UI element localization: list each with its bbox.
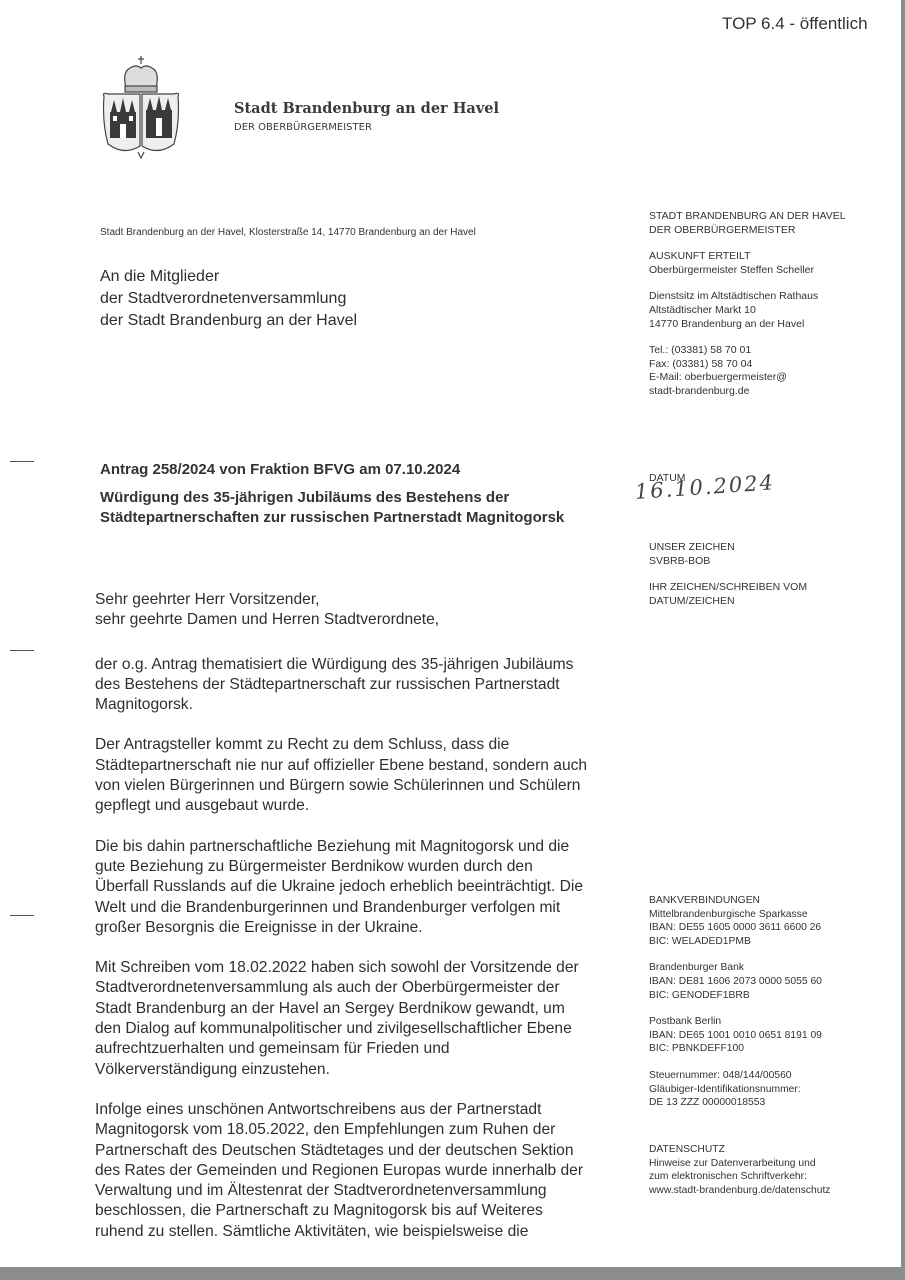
- sidebar-header-line: DER OBERBÜRGERMEISTER: [649, 224, 889, 238]
- paragraph-line: Stadtverordnetenversammlung als auch der…: [95, 978, 635, 998]
- agenda-item-label: TOP 6.4 - öffentlich: [722, 14, 868, 34]
- email-line: stadt-brandenburg.de: [649, 385, 889, 399]
- punch-mark: [10, 650, 34, 651]
- paragraph-line: den Dialog auf kommunalpolitischer und z…: [95, 1019, 635, 1039]
- auskunft-value: Oberbürgermeister Steffen Scheller: [649, 264, 889, 278]
- bank-bic: BIC: GENODEF1BRB: [649, 989, 889, 1003]
- paragraph-line: Städtepartnerschaft nie nur auf offiziel…: [95, 756, 635, 776]
- recipient-line: der Stadt Brandenburg an der Havel: [100, 310, 357, 332]
- paragraph-line: Partnerschaft des Deutschen Städtetages …: [95, 1141, 635, 1161]
- sidebar-reference-block: UNSER ZEICHEN SVBRB-BOB IHR ZEICHEN/SCHR…: [649, 541, 889, 621]
- paragraph-line: gute Beziehung zu Bürgermeister Berdniko…: [95, 857, 635, 877]
- address-line: Altstädtischer Markt 10: [649, 304, 889, 318]
- paragraph-line: von vielen Bürgerinnen und Bürgern sowie…: [95, 776, 635, 796]
- paragraph-line: Der Antragsteller kommt zu Recht zu dem …: [95, 735, 635, 755]
- sidebar-contact: Tel.: (03381) 58 70 01 Fax: (03381) 58 7…: [649, 344, 889, 398]
- auskunft-label: AUSKUNFT ERTEILT: [649, 250, 889, 264]
- unser-zeichen-label: UNSER ZEICHEN: [649, 541, 889, 555]
- paragraph-line: Völkerverständigung einzustehen.: [95, 1060, 635, 1080]
- paragraph-line: Die bis dahin partnerschaftliche Beziehu…: [95, 837, 635, 857]
- paragraph-line: beschlossen, die Partnerschaft zu Magnit…: [95, 1201, 635, 1221]
- subject-block: Antrag 258/2024 von Fraktion BFVG am 07.…: [100, 460, 564, 528]
- sidebar-datenschutz: DATENSCHUTZ Hinweise zur Datenverarbeitu…: [649, 1143, 889, 1197]
- sidebar-header: STADT BRANDENBURG AN DER HAVEL DER OBERB…: [649, 210, 889, 237]
- bank-bic: BIC: PBNKDEFF100: [649, 1042, 889, 1056]
- organization-name: Stadt Brandenburg an der Havel: [234, 100, 499, 117]
- salutation-line: sehr geehrte Damen und Herren Stadtveror…: [95, 610, 635, 630]
- paragraph-line: aufrechtzuerhalten und gemeinsam für Fri…: [95, 1039, 635, 1059]
- paragraph-line: gepflegt und ausgebaut wurde.: [95, 796, 635, 816]
- datenschutz-text: zum elektronischen Schriftverkehr:: [649, 1170, 889, 1184]
- ihr-zeichen-value: DATUM/ZEICHEN: [649, 595, 889, 609]
- sender-address-line: Stadt Brandenburg an der Havel, Klosters…: [100, 227, 476, 238]
- datenschutz-text: Hinweise zur Datenverarbeitung und: [649, 1157, 889, 1171]
- sidebar-auskunft: AUSKUNFT ERTEILT Oberbürgermeister Steff…: [649, 250, 889, 277]
- paragraph-line: Verwaltung und im Ältestenrat der Stadtv…: [95, 1181, 635, 1201]
- address-line: 14770 Brandenburg an der Havel: [649, 318, 889, 332]
- paragraph-line: des Rates der Gemeinden und Regionen Eur…: [95, 1161, 635, 1181]
- datum-handwritten: 16.10.2024: [635, 476, 776, 499]
- fold-mark: [10, 461, 34, 462]
- paragraph-line: Magnitogorsk vom 18.05.2022, den Empfehl…: [95, 1120, 635, 1140]
- paragraph-line: Welt und die Brandenburgerinnen und Bran…: [95, 898, 635, 918]
- bank-sparkasse: BANKVERBINDUNGEN Mittelbrandenburgische …: [649, 894, 889, 948]
- recipient-line: An die Mitglieder: [100, 266, 357, 288]
- paragraph-line: Mit Schreiben vom 18.02.2022 haben sich …: [95, 958, 635, 978]
- salutation-line: Sehr geehrter Herr Vorsitzender,: [95, 590, 635, 610]
- paragraph-line: ruhend zu stellen. Sämtliche Aktivitäten…: [95, 1222, 635, 1242]
- bank-brandenburger: Brandenburger Bank IBAN: DE81 1606 2073 …: [649, 961, 889, 1002]
- bank-iban: IBAN: DE55 1605 0000 3611 6600 26: [649, 921, 889, 935]
- bank-iban: IBAN: DE81 1606 2073 0000 5055 60: [649, 975, 889, 989]
- ihr-zeichen-label: IHR ZEICHEN/SCHREIBEN VOM: [649, 581, 889, 595]
- bank-name: Postbank Berlin: [649, 1015, 889, 1029]
- creditor-id-value: DE 13 ZZZ 00000018553: [649, 1096, 889, 1110]
- recipient-address: An die Mitglieder der Stadtverordnetenve…: [100, 266, 357, 332]
- fold-mark: [10, 915, 34, 916]
- bank-name: Brandenburger Bank: [649, 961, 889, 975]
- ihr-zeichen: IHR ZEICHEN/SCHREIBEN VOM DATUM/ZEICHEN: [649, 581, 889, 608]
- sidebar-bank-info: BANKVERBINDUNGEN Mittelbrandenburgische …: [649, 894, 889, 1123]
- phone: Tel.: (03381) 58 70 01: [649, 344, 889, 358]
- paragraph-line: großer Besorgnis die Ereignisse in der U…: [95, 918, 635, 938]
- bank-name: Mittelbrandenburgische Sparkasse: [649, 908, 889, 922]
- sidebar-date-block: DATUM 16.10.2024: [649, 472, 889, 503]
- address-line: Dienstsitz im Altstädtischen Rathaus: [649, 290, 889, 304]
- subject-title: Würdigung des 35-jährigen Jubiläums des …: [100, 488, 564, 528]
- recipient-line: der Stadtverordnetenversammlung: [100, 288, 357, 310]
- email-line: E-Mail: oberbuergermeister@: [649, 371, 889, 385]
- paragraph-line: Magnitogorsk.: [95, 695, 635, 715]
- tax-number: Steuernummer: 048/144/00560: [649, 1069, 889, 1083]
- paragraph-line: des Bestehens der Städtepartnerschaft zu…: [95, 675, 635, 695]
- subject-title-line: Würdigung des 35-jährigen Jubiläums des …: [100, 488, 564, 508]
- sidebar-address: Dienstsitz im Altstädtischen Rathaus Alt…: [649, 290, 889, 331]
- creditor-id-label: Gläubiger-Identifikationsnummer:: [649, 1083, 889, 1097]
- document-page: TOP 6.4 - öffentlich Stadt Brandenburg a…: [0, 0, 901, 1267]
- subject-title-line: Städtepartnerschaften zur russischen Par…: [100, 508, 564, 528]
- bank-label: BANKVERBINDUNGEN: [649, 894, 889, 908]
- datenschutz-link[interactable]: www.stadt-brandenburg.de/datenschutz: [649, 1184, 889, 1198]
- subject-reference: Antrag 258/2024 von Fraktion BFVG am 07.…: [100, 460, 564, 480]
- bank-bic: BIC: WELADED1PMB: [649, 935, 889, 949]
- paragraph-line: Infolge eines unschönen Antwortschreiben…: [95, 1100, 635, 1120]
- paragraph-line: der o.g. Antrag thematisiert die Würdigu…: [95, 655, 635, 675]
- bank-postbank: Postbank Berlin IBAN: DE65 1001 0010 065…: [649, 1015, 889, 1056]
- unser-zeichen-value: SVBRB-BOB: [649, 555, 889, 569]
- fax: Fax: (03381) 58 70 04: [649, 358, 889, 372]
- letter-body: Sehr geehrter Herr Vorsitzender, sehr ge…: [95, 566, 635, 1262]
- paragraph-line: Überfall Russlands auf die Ukraine jedoc…: [95, 877, 635, 897]
- coat-of-arms-icon: [98, 52, 184, 164]
- unser-zeichen: UNSER ZEICHEN SVBRB-BOB: [649, 541, 889, 568]
- bank-iban: IBAN: DE65 1001 0010 0651 8191 09: [649, 1029, 889, 1043]
- organization-subtitle: DER OBERBÜRGERMEISTER: [234, 122, 372, 133]
- datenschutz-label: DATENSCHUTZ: [649, 1143, 889, 1157]
- tax-info: Steuernummer: 048/144/00560 Gläubiger-Id…: [649, 1069, 889, 1110]
- sidebar-info: STADT BRANDENBURG AN DER HAVEL DER OBERB…: [649, 210, 889, 412]
- paragraph-line: Stadt Brandenburg an der Havel an Sergey…: [95, 999, 635, 1019]
- sidebar-header-line: STADT BRANDENBURG AN DER HAVEL: [649, 210, 889, 224]
